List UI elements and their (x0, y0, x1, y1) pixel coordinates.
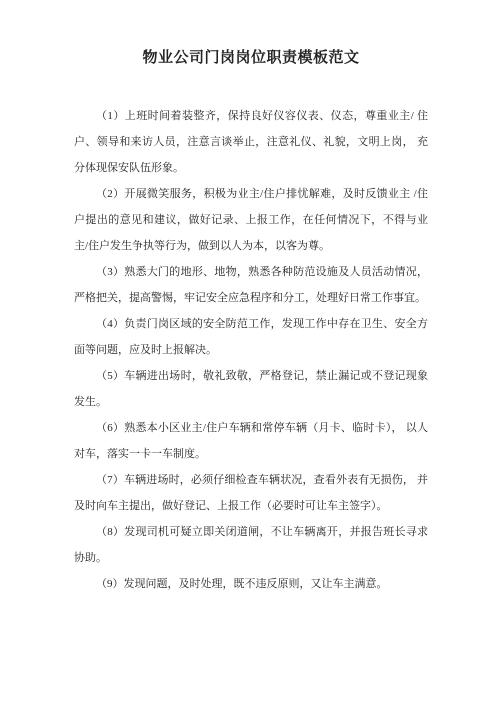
paragraph: （8）发现司机可疑立即关闭道闸，不让车辆离开，并报告班长寻求协助。 (74, 519, 428, 571)
document-title: 物业公司门岗岗位职责模板范文 (74, 46, 428, 70)
paragraph: （6）熟悉本小区业主/住户车辆和常停车辆（月卡、临时卡）， 以人对车，落实一卡一… (74, 415, 428, 467)
paragraph: （7）车辆进场时，必须仔细检查车辆状况，查看外表有无损伤， 并及时向车主提出，做… (74, 467, 428, 519)
document-page: 物业公司门岗岗位职责模板范文 （1）上班时间着装整齐，保持良好仪容仪表、仪态，尊… (0, 0, 500, 707)
paragraph: （9）发现问题，及时处理，既不违反原则，又让车主满意。 (74, 571, 428, 597)
paragraph: （3）熟悉大门的地形、地物，熟悉各种防范设施及人员活动情况，严格把关，提高警惕，… (74, 259, 428, 311)
paragraph: （4）负责门岗区域的安全防范工作，发现工作中存在卫生、安全方面等问题，应及时上报… (74, 311, 428, 363)
paragraph: （1）上班时间着装整齐，保持良好仪容仪表、仪态，尊重业主/ 住户、领导和来访人员… (74, 103, 428, 181)
paragraph: （5）车辆进出场时，敬礼致敬，严格登记，禁止漏记或不登记现象发生。 (74, 363, 428, 415)
document-body: （1）上班时间着装整齐，保持良好仪容仪表、仪态，尊重业主/ 住户、领导和来访人员… (74, 103, 428, 597)
paragraph: （2）开展微笑服务，积极为业主/住户排忧解难，及时反馈业主 /住户提出的意见和建… (74, 181, 428, 259)
